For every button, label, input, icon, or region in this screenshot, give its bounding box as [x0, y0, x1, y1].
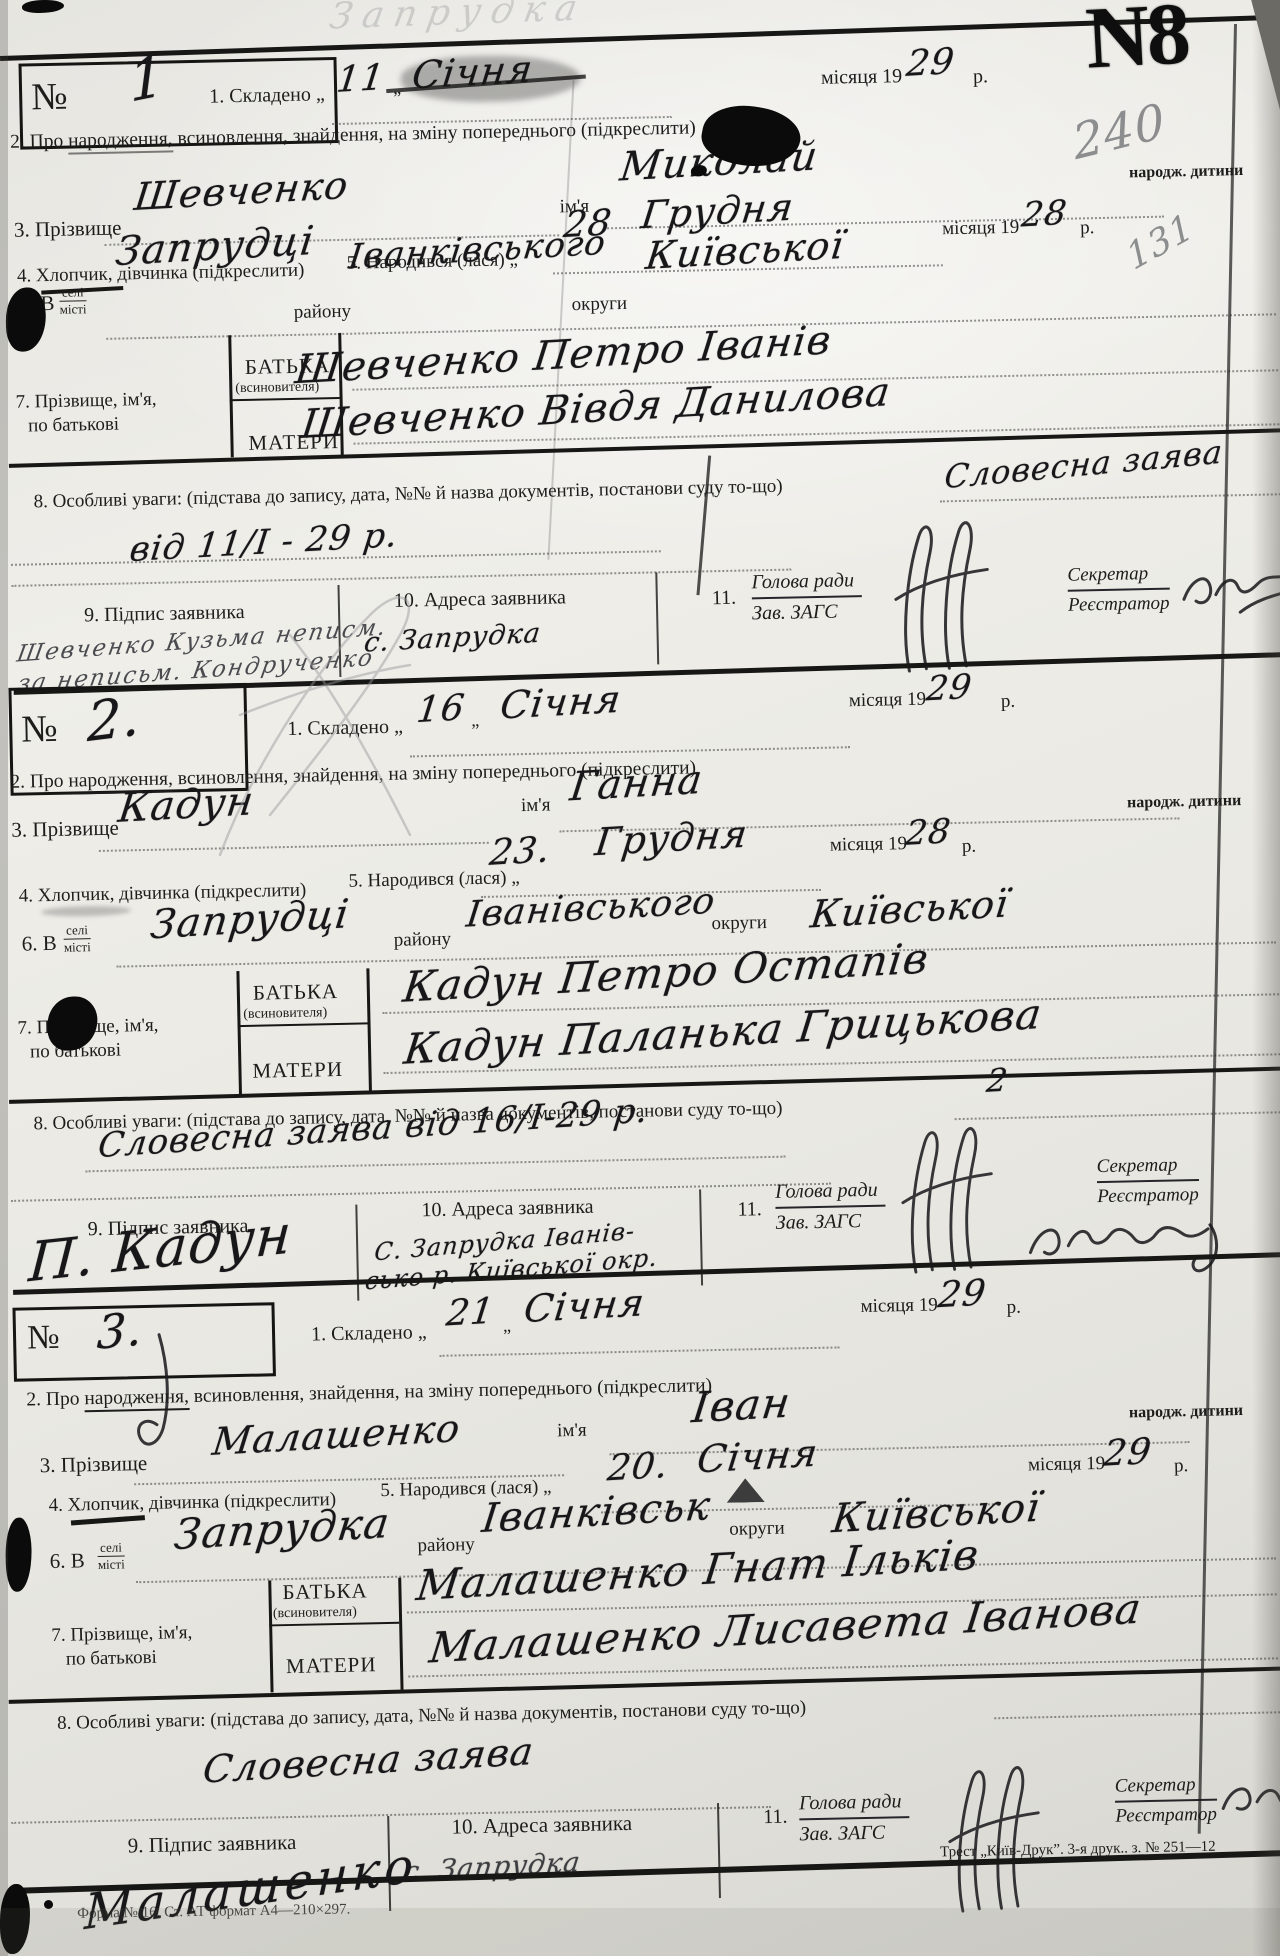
dotted-line [955, 1111, 1280, 1120]
cell-divider [655, 572, 659, 664]
head-signature [940, 1764, 1048, 1916]
dotted-line [410, 746, 850, 757]
record-3: № 3. 1. Складено „ 21 „ Січня місяця 19 … [0, 1259, 1280, 1956]
rec2-mark: 2 [985, 1061, 1011, 1100]
rec2-district-label: району [394, 929, 452, 952]
town-label: місті [59, 301, 86, 317]
rec3-no-label: № [27, 1319, 60, 1358]
rec2-born-month: Грудня [593, 812, 751, 865]
parents-box-divider [269, 1622, 399, 1627]
rec2-remark-value: Словесна заява від 16/І-29 р. [96, 1090, 650, 1166]
rec3-compiled-year: 29 [936, 1272, 989, 1316]
rec3-quote: „ [503, 1315, 511, 1336]
rec1-compiled-label: 1. Складено „ [209, 83, 325, 108]
rec1-compiled-year: 29 [904, 41, 957, 85]
rec1-village-town-fraction: селі місті [59, 284, 87, 317]
zags-label: Зав. ЗАГС [799, 1820, 910, 1847]
secretary-label: Секретар [1067, 562, 1169, 592]
underline-boy [71, 1515, 145, 1525]
rec3-remarks-label: 8. Особливі уваги: (підстава до запису, … [57, 1697, 806, 1735]
rec1-no-label: № [31, 75, 68, 120]
rec2-compiled-month: Січня [498, 677, 624, 728]
rec3-parents-label2: по батькові [66, 1647, 157, 1671]
parents-box-divider [238, 1022, 368, 1027]
rec1-born-year: 28 [1019, 193, 1069, 236]
rec2-quote: „ [471, 710, 479, 731]
rec3-head-no: 11. [763, 1806, 788, 1830]
rec2-name-label: ім'я [521, 795, 551, 818]
rec1-about-birth: народження, [68, 128, 173, 154]
rec3-district-label: району [417, 1534, 475, 1557]
rec1-surname-value: Шевченко [132, 163, 351, 219]
rec2-head-stack: Голова ради Зав. ЗАГС [775, 1178, 887, 1236]
head-of-council-label: Голова ради [751, 568, 862, 599]
village-label: селі [63, 922, 90, 939]
rec3-compiled-label: 1. Складено „ [311, 1321, 427, 1346]
village-label: селі [59, 284, 86, 301]
rec1-parents-label2: по батькові [28, 414, 119, 438]
rec3-child-note: народж. дитини [1129, 1402, 1244, 1422]
rec3-born-month: Січня [695, 1431, 821, 1482]
rec2-about-pre: 2. Про [10, 771, 64, 793]
bottom-edge-shade [0, 1908, 1280, 1956]
rec3-about-pre: 2. Про [26, 1388, 80, 1410]
rec1-district-label: району [294, 301, 352, 324]
rec3-about-rest: всиновлення, знайдення, на зміну поперед… [194, 1375, 713, 1407]
rec1-month19-label: місяця 19 [821, 65, 903, 90]
rec1-remarks-label: 8. Особливі уваги: (підстава до запису, … [33, 476, 782, 514]
rec3-name-value: Іван [689, 1378, 793, 1433]
parents-box-left [228, 335, 233, 457]
rec3-surname-label: 3. Прізвище [40, 1451, 148, 1478]
right-page-edge [1252, 0, 1280, 1956]
rec2-r-label: р. [1001, 691, 1016, 713]
rec1-compiled-day: 11 [334, 57, 387, 101]
head-signature [896, 1125, 999, 1277]
rec2-born-year: 28 [903, 811, 953, 854]
rec2-village-town-fraction: селі місті [63, 922, 91, 955]
stamp-number: N8 [1083, 0, 1190, 90]
rec3-name-label: ім'я [557, 1420, 587, 1443]
rec1-head-no: 11. [712, 587, 737, 611]
rec2-father-sub: (всиновителя) [243, 1005, 327, 1023]
rec3-r-label: р. [1006, 1297, 1021, 1319]
left-page-edge [0, 0, 8, 1956]
rec1-born-month19: місяця 19 [942, 217, 1020, 241]
rec2-father-label: БАТЬКА [253, 979, 339, 1006]
rec3-village-town-fraction: селі місті [97, 1539, 125, 1572]
rec3-okruha-label: округи [729, 1518, 785, 1541]
registrar-label: Реєстратор [1068, 591, 1170, 617]
rec3-in-label: 6. В [50, 1548, 86, 1574]
rec1-born-r: р. [1080, 217, 1095, 239]
rec2-compiled-year: 29 [924, 667, 974, 710]
rec3-born-year: 29 [1101, 1431, 1154, 1475]
rec2-okruha-value: Київської [808, 881, 1011, 936]
ink-blot-left-edge [5, 1517, 33, 1592]
rec1-about-pre: 2. Про [10, 131, 64, 153]
rec3-head-stack: Голова ради Зав. ЗАГС [799, 1789, 911, 1847]
rec2-born-month19: місяця 19 [830, 833, 908, 857]
rec1-district-value: Іванківського [347, 223, 609, 277]
rec2-child-note: народж. дитини [1127, 792, 1242, 812]
zags-label: Зав. ЗАГС [776, 1209, 887, 1236]
rec3-born-day: 20. [605, 1445, 670, 1489]
rec3-sig-applicant-label: 9. Підпис заявника [127, 1830, 296, 1859]
dotted-line [940, 493, 1280, 502]
parents-box-left [236, 971, 241, 1095]
cell-divider [717, 1803, 721, 1898]
registrar-label: Реєстратор [1115, 1802, 1217, 1828]
rec2-sig-address-label: 10. Адреса заявника [421, 1196, 594, 1223]
rec3-address-value: с. Запрудка [402, 1847, 582, 1888]
rec3-parents-label1: 7. Прізвище, ім'я, [51, 1622, 192, 1647]
rec3-mother-label: МАТЕРИ [286, 1652, 377, 1679]
ink-triangle [726, 1478, 764, 1503]
rec3-remark-value: Словесна заява [201, 1729, 537, 1792]
secretary-label: Секретар [1096, 1153, 1198, 1183]
rec3-compiled-month: Січня [522, 1280, 648, 1331]
rec1-secretary-stack: Секретар Реєстратор [1067, 562, 1170, 618]
rec3-born-month19: місяця 19 [1028, 1453, 1106, 1477]
dotted-line [994, 1711, 1280, 1719]
parents-box-left [268, 1580, 273, 1692]
parents-box-right [366, 968, 371, 1092]
rec2-born-day: 23. [487, 829, 552, 873]
rec2-born-r: р. [962, 836, 977, 858]
parents-box-right [398, 1578, 403, 1690]
ink-mark-top-left [22, 0, 64, 13]
rec2-surname-label: 3. Прізвище [11, 816, 119, 843]
pencil-scrawl [160, 555, 460, 875]
rec2-number-value: 2. [87, 684, 141, 754]
rec1-surname-label: 3. Прізвище [14, 216, 122, 243]
zags-label: Зав. ЗАГС [752, 599, 863, 626]
rec3-father-sub: (всиновителя) [273, 1605, 357, 1623]
rec1-remark-value: Словесна заява [943, 433, 1224, 497]
rec1-head-stack: Голова ради Зав. ЗАГС [751, 568, 863, 626]
rec3-surname-value: Малашенко [210, 1406, 463, 1464]
rec3-compiled-day: 21 [444, 1291, 497, 1335]
rec1-r-label: р. [973, 65, 988, 88]
village-label: селі [97, 1539, 124, 1556]
rec3-sig-address-label: 10. Адреса заявника [451, 1811, 632, 1840]
pencil-smudge-boy [41, 905, 131, 917]
rec2-head-no: 11. [737, 1198, 762, 1222]
rec2-no-label: № [21, 707, 58, 752]
rec2-mother-label: МАТЕРИ [252, 1057, 343, 1084]
town-label: місті [64, 939, 91, 955]
rec2-in-label: 6. В [22, 931, 58, 957]
head-of-council-label: Голова ради [799, 1789, 910, 1820]
dotted-line [11, 1806, 771, 1824]
dotted-line [440, 1346, 840, 1356]
rec2-okruha-label: округи [711, 912, 767, 935]
rec3-born-r: р. [1174, 1455, 1189, 1477]
ink-blot-left-edge [5, 287, 46, 352]
rec1-okruha-label: округи [571, 293, 627, 316]
rec2-month19-label: місяця 19 [849, 689, 927, 713]
town-label: місті [98, 1556, 125, 1572]
rec2-name-value: Ганна [567, 757, 705, 810]
scanned-registry-page: N8 240 Запрудка № 1 1. Складено „ 11 „ С… [0, 0, 1280, 1956]
rec3-month19-label: місяця 19 [860, 1294, 938, 1318]
rec3-about-birth: народження, [84, 1386, 189, 1412]
rec3-father-label: БАТЬКА [282, 1578, 368, 1605]
rec1-child-note: народж. дитини [1129, 162, 1244, 182]
rec1-parents-label1: 7. Прізвище, ім'я, [15, 389, 156, 414]
head-of-council-label: Голова ради [775, 1178, 886, 1209]
rec3-secretary-stack: Секретар Реєстратор [1114, 1773, 1217, 1829]
